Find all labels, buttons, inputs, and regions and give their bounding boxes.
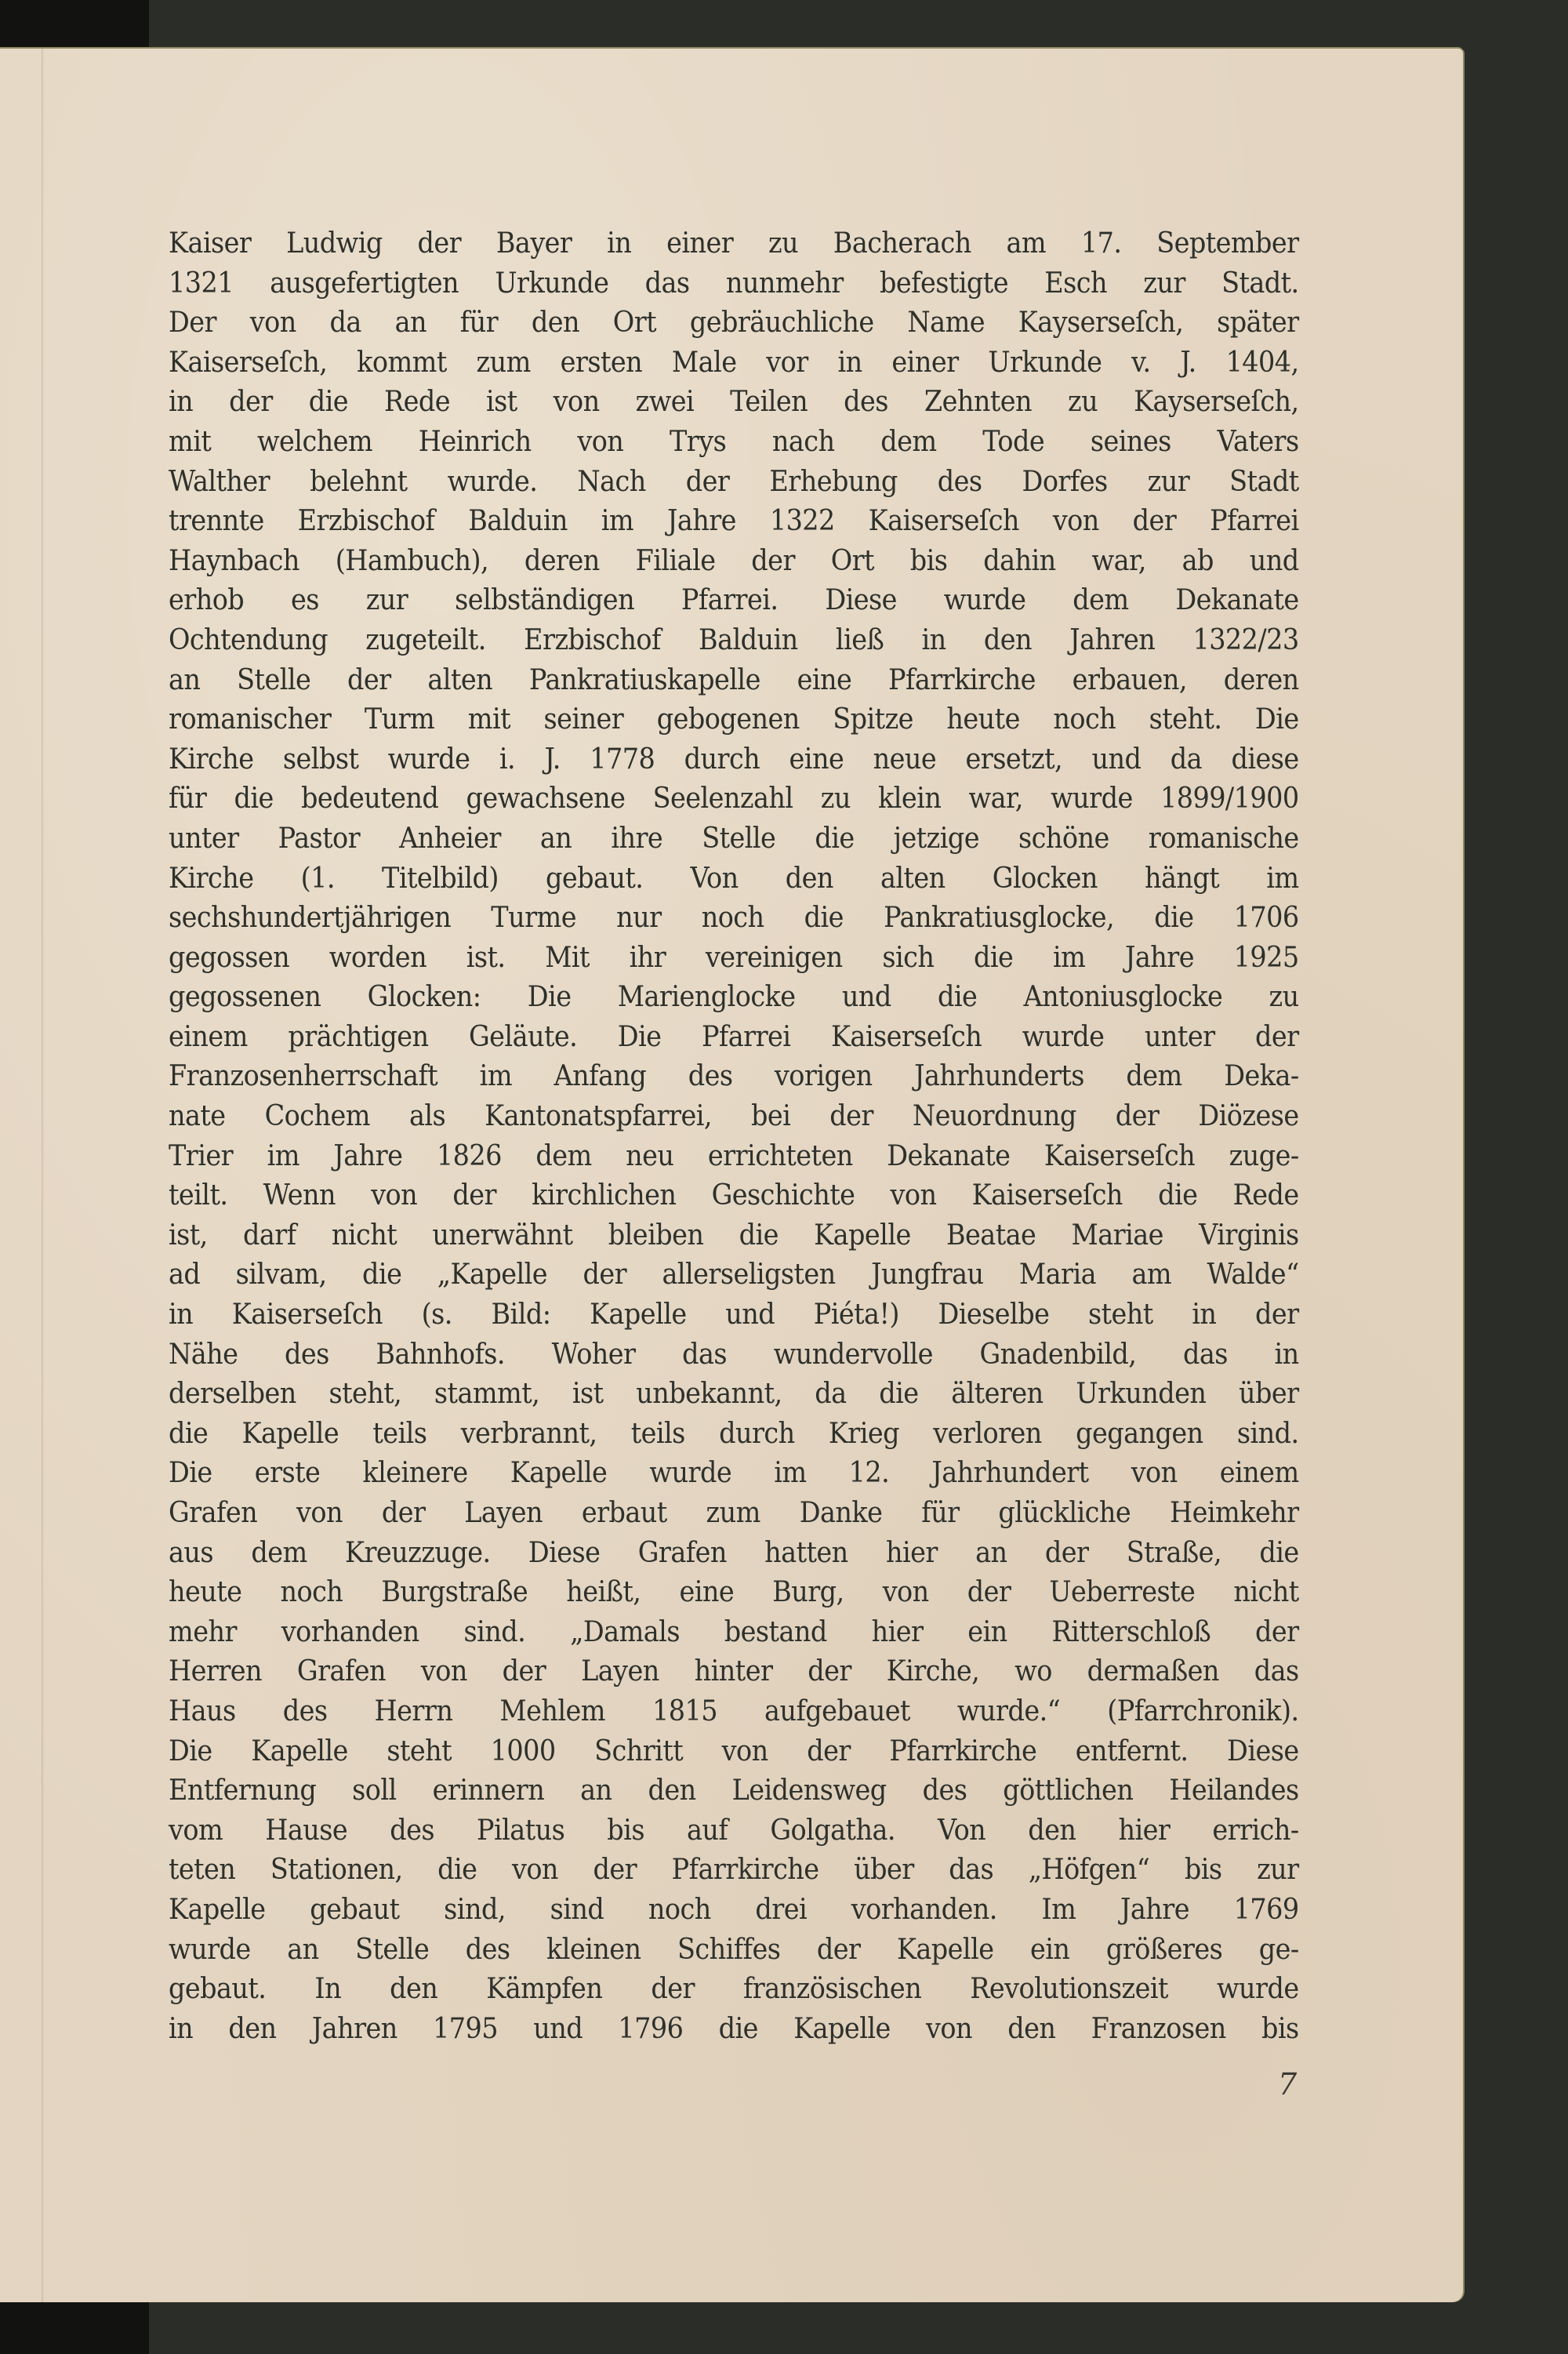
text-line: nate Cochem als Kantonatspfarrei, bei de… [169, 1097, 1299, 1137]
text-line: in der die Rede ist von zwei Teilen des … [169, 383, 1299, 423]
text-line: Kirche (1. Titelbild) gebaut. Von den al… [169, 859, 1299, 899]
text-line: in Kaiserseſch (s. Bild: Kapelle und Pié… [169, 1295, 1299, 1335]
text-line: Nähe des Bahnhofs. Woher das wundervolle… [169, 1335, 1299, 1375]
text-line: mehr vorhanden sind. „Damals bestand hie… [169, 1613, 1299, 1653]
text-line: für die bedeutend gewachsene Seelenzahl … [169, 779, 1299, 819]
text-line: heute noch Burgstraße heißt, eine Burg, … [169, 1573, 1299, 1613]
text-line: vom Hause des Pilatus bis auf Golgatha. … [169, 1811, 1299, 1851]
text-line: Die Kapelle steht 1000 Schritt von der P… [169, 1732, 1299, 1772]
text-line: an Stelle der alten Pankratiuskapelle ei… [169, 661, 1299, 701]
text-line: Kaiser Ludwig der Bayer in einer zu Bach… [169, 224, 1299, 264]
page-number: 7 [1278, 2067, 1297, 2102]
text-line: mit welchem Heinrich von Trys nach dem T… [169, 423, 1299, 463]
text-line: Kaiserseſch, kommt zum ersten Male vor i… [169, 343, 1299, 383]
text-line: Walther belehnt wurde. Nach der Erhebung… [169, 463, 1299, 503]
text-line: aus dem Kreuzzuge. Diese Grafen hatten h… [169, 1534, 1299, 1574]
text-line: Haus des Herrn Mehlem 1815 aufgebauet wu… [169, 1692, 1299, 1732]
text-line: sechshundertjährigen Turme nur noch die … [169, 899, 1299, 939]
text-line: Herren Grafen von der Layen hinter der K… [169, 1652, 1299, 1692]
text-line: Franzosenherrschaft im Anfang des vorige… [169, 1057, 1299, 1097]
text-line: romanischer Turm mit seiner gebogenen Sp… [169, 700, 1299, 740]
text-line: gegossenen Glocken: Die Marienglocke und… [169, 978, 1299, 1018]
text-line: ad silvam, die „Kapelle der allerseligst… [169, 1255, 1299, 1295]
text-line: Trier im Jahre 1826 dem neu errichteten … [169, 1137, 1299, 1177]
text-line: die Kapelle teils verbrannt, teils durch… [169, 1415, 1299, 1455]
text-line: 1321 ausgefertigten Urkunde das nunmehr … [169, 264, 1299, 304]
text-line: einem prächtigen Geläute. Die Pfarrei Ka… [169, 1018, 1299, 1058]
text-line: Kirche selbst wurde i. J. 1778 durch ein… [169, 740, 1299, 780]
text-line: Der von da an für den Ort gebräuchliche … [169, 303, 1299, 343]
text-line: unter Pastor Anheier an ihre Stelle die … [169, 819, 1299, 859]
text-line: Die erste kleinere Kapelle wurde im 12. … [169, 1454, 1299, 1494]
text-line: Ochtendung zugeteilt. Erzbischof Balduin… [169, 621, 1299, 661]
text-line: trennte Erzbischof Balduin im Jahre 1322… [169, 502, 1299, 542]
spine-crease [42, 49, 45, 2302]
text-line: gegossen worden ist. Mit ihr vereinigen … [169, 939, 1299, 979]
text-line: teilt. Wenn von der kirchlichen Geschich… [169, 1176, 1299, 1216]
text-line: Grafen von der Layen erbaut zum Danke fü… [169, 1494, 1299, 1534]
text-line: erhob es zur selbständigen Pfarrei. Dies… [169, 581, 1299, 621]
text-line: gebaut. In den Kämpfen der französischen… [169, 1970, 1299, 2010]
text-line: Entfernung soll erinnern an den Leidensw… [169, 1771, 1299, 1811]
text-line: Kapelle gebaut sind, sind noch drei vorh… [169, 1891, 1299, 1931]
text-line: wurde an Stelle des kleinen Schiffes der… [169, 1931, 1299, 1971]
text-line: Haynbach (Hambuch), deren Filiale der Or… [169, 542, 1299, 582]
text-line: teten Stationen, die von der Pfarrkirche… [169, 1851, 1299, 1891]
text-line: ist, darf nicht unerwähnt bleiben die Ka… [169, 1216, 1299, 1256]
text-line: in den Jahren 1795 und 1796 die Kapelle … [169, 2010, 1299, 2050]
text-line: derselben steht, stammt, ist unbekannt, … [169, 1375, 1299, 1415]
body-text: Kaiser Ludwig der Bayer in einer zu Bach… [169, 224, 1299, 2049]
